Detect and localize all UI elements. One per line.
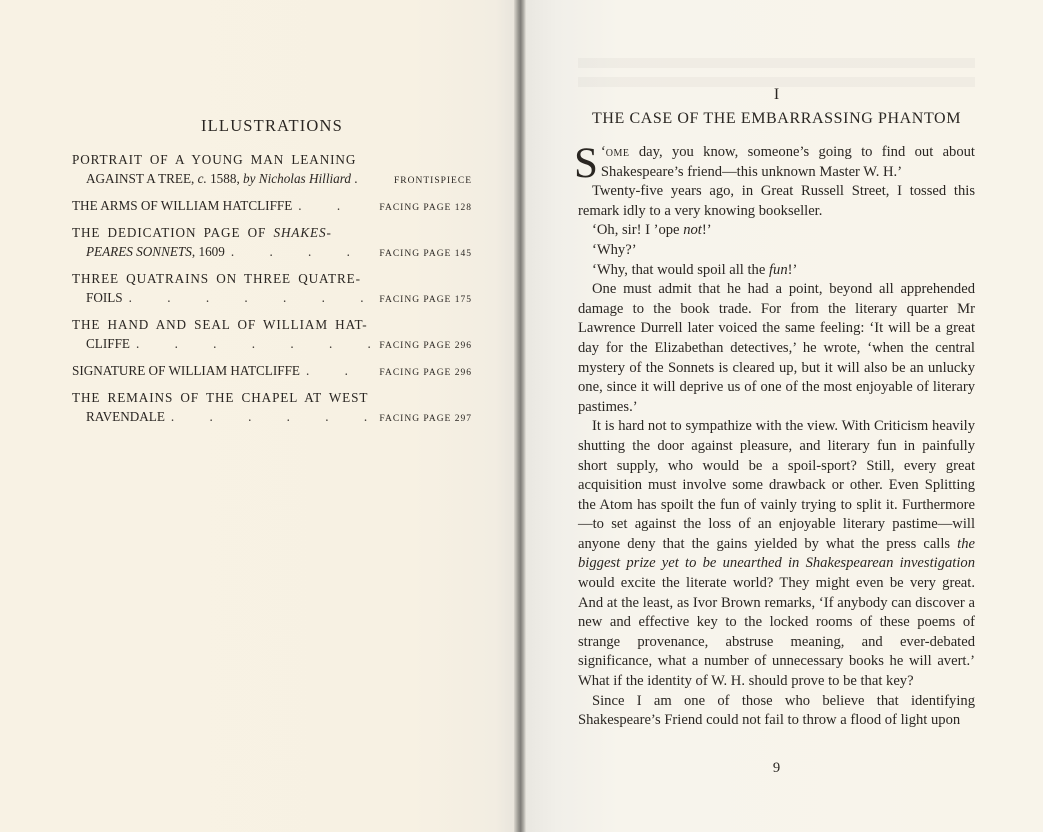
dot-leader: . . . . . . . (165, 407, 372, 426)
entry-line: THE REMAINS OF THE CHAPEL AT WEST (72, 388, 472, 407)
entry-line: PORTRAIT OF A YOUNG MAN LEANING (72, 150, 472, 169)
entry-line: CLIFFE . . . . . . . . FACING PAGE 296 (72, 334, 472, 356)
illustration-entry: SIGNATURE OF WILLIAM HATCLIFFE . . FACIN… (72, 361, 472, 383)
entry-line: PEARES SONNETS, 1609 . . . . . FACING PA… (72, 242, 472, 264)
facing-page-reference: FACING PAGE 175 (371, 291, 472, 310)
illustrations-list: PORTRAIT OF A YOUNG MAN LEANING AGAINST … (72, 150, 472, 434)
dot-leader: . . . . . (225, 242, 372, 261)
paragraph: Twenty-five years ago, in Great Russell … (578, 182, 975, 221)
paragraph: ‘Why?’ (578, 241, 975, 261)
entry-line: THE ARMS OF WILLIAM HATCLIFFE . . FACING… (72, 196, 472, 218)
entry-line: THE HAND AND SEAL OF WILLIAM HAT- (72, 315, 472, 334)
paragraph: ‘Why, that would spoil all the fun!’ (578, 261, 975, 281)
paragraph: It is hard not to sympathize with the vi… (578, 417, 975, 691)
illustration-entry: THE DEDICATION PAGE OF SHAKES- PEARES SO… (72, 223, 472, 264)
page-number: 9 (578, 760, 975, 777)
dot-leader: . . . . . . . . (130, 334, 371, 353)
illustration-entry: THE REMAINS OF THE CHAPEL AT WEST RAVEND… (72, 388, 472, 429)
illustrations-heading: ILLUSTRATIONS (72, 116, 472, 136)
chapter-body: ‘Some day, you know, someone’s going to … (578, 143, 975, 731)
facing-page-reference: FACING PAGE 296 (371, 337, 472, 356)
dot-leader: . . (300, 361, 371, 380)
illustration-entry: THREE QUATRAINS ON THREE QUATRE- FOILS .… (72, 269, 472, 310)
chapter-number: I (578, 86, 975, 104)
chapter-title: THE CASE OF THE EMBARRASSING PHANTOM (578, 110, 975, 128)
entry-line: FOILS . . . . . . . . FACING PAGE 175 (72, 288, 472, 310)
facing-page-reference: FACING PAGE 296 (371, 364, 472, 383)
paragraph: ‘Some day, you know, someone’s going to … (578, 143, 975, 182)
paragraph: ‘Oh, sir! I ’ope not!’ (578, 221, 975, 241)
dot-leader: . . . . . . . . (123, 288, 372, 307)
entry-line: AGAINST A TREE, c. 1588, by Nicholas Hil… (72, 169, 472, 191)
book-spine-gutter (514, 0, 526, 832)
dot-leader: . . (292, 196, 371, 215)
entry-line: THE DEDICATION PAGE OF SHAKES- (72, 223, 472, 242)
illustration-entry: THE ARMS OF WILLIAM HATCLIFFE . . FACING… (72, 196, 472, 218)
illustration-entry: PORTRAIT OF A YOUNG MAN LEANING AGAINST … (72, 150, 472, 191)
facing-page-reference: FACING PAGE 128 (371, 199, 472, 218)
facing-page-reference: FRONTISPIECE (386, 172, 472, 191)
paragraph: One must admit that he had a point, beyo… (578, 280, 975, 417)
entry-line: SIGNATURE OF WILLIAM HATCLIFFE . . FACIN… (72, 361, 472, 383)
entry-line: THREE QUATRAINS ON THREE QUATRE- (72, 269, 472, 288)
facing-page-reference: FACING PAGE 297 (371, 410, 472, 429)
facing-page-reference: FACING PAGE 145 (371, 245, 472, 264)
drop-cap: S (574, 146, 598, 182)
entry-line: RAVENDALE . . . . . . . FACING PAGE 297 (72, 407, 472, 429)
illustration-entry: THE HAND AND SEAL OF WILLIAM HAT- CLIFFE… (72, 315, 472, 356)
paragraph: Since I am one of those who believe that… (578, 692, 975, 731)
